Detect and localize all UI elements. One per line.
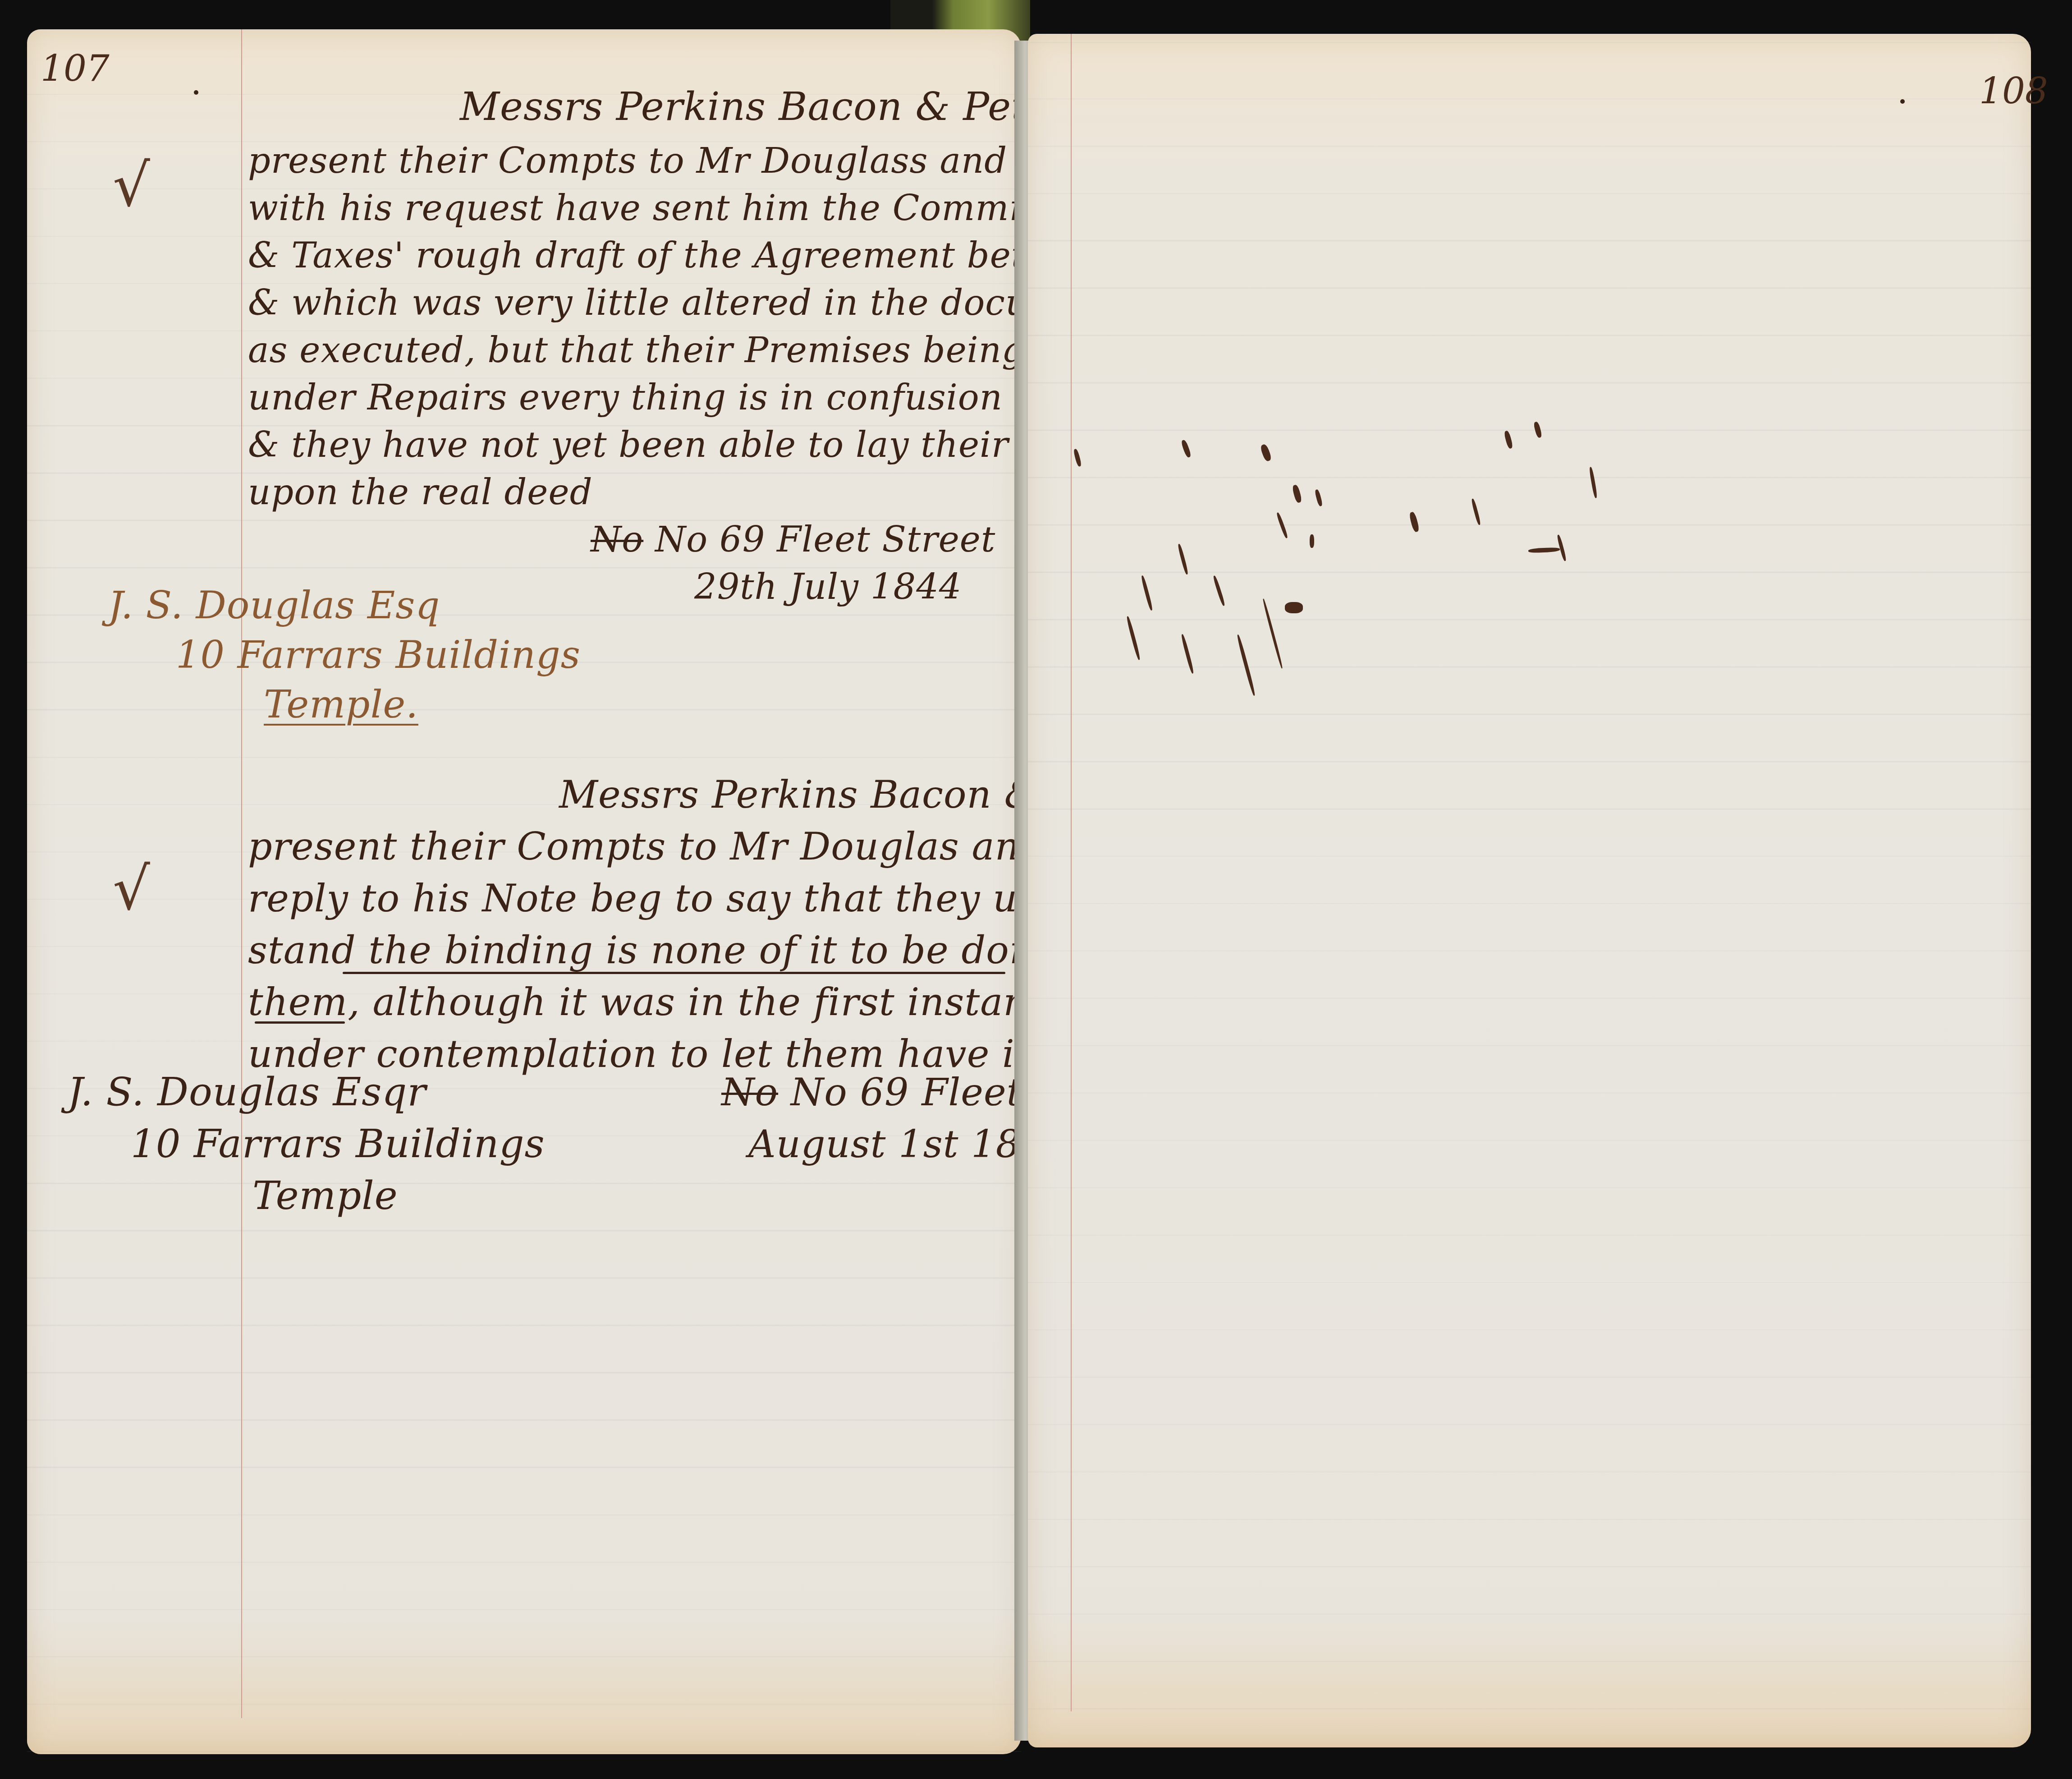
letter-body-line: & which was very little altered in the d…	[248, 280, 1121, 327]
recipient-address-line: 10 Farrars Buildings	[131, 1121, 545, 1168]
sender-address: No No 69 Fleet Street	[591, 516, 995, 564]
underline-stroke	[343, 972, 1005, 974]
letter-body-line: as executed, but that their Premises bei…	[248, 327, 1112, 374]
letter-body-line: stand the binding is none of it to be do…	[248, 927, 1116, 974]
letter-date: 29th July 1844	[694, 564, 962, 611]
ink-dot	[194, 90, 198, 95]
letter-body-line: under Repairs every thing is in confusio…	[248, 374, 1003, 422]
recipient-address-line: Temple.	[264, 681, 418, 728]
page-number: 107	[41, 47, 110, 89]
margin-rule	[1071, 34, 1072, 1711]
letter-body-line: upon the real deed	[248, 469, 593, 516]
recipient-address-line: 10 Farrars Buildings	[176, 631, 581, 679]
recipient-name: J. S. Douglas Esq	[108, 582, 440, 629]
page-number: 108	[1979, 70, 2048, 112]
underline-stroke	[255, 1021, 345, 1024]
letter-body-line: reply to his Note beg to say that they u…	[248, 875, 1109, 922]
struck-no: No	[721, 1070, 778, 1114]
left-page: 107 √ Messrs Perkins Bacon & Petch prese…	[27, 29, 1021, 1754]
recipient-name: J. S. Douglas Esqr	[68, 1069, 426, 1116]
letter-body-line: them, although it was in the first insta…	[248, 979, 1073, 1026]
struck-no: No	[591, 519, 643, 560]
show-through-text	[1082, 169, 1977, 1251]
letter-salutation: Messrs Perkins Bacon & Petch	[460, 83, 1075, 131]
check-mark-icon: √	[113, 151, 150, 220]
letter-body-line: present their Compts to Mr Douglas and i…	[248, 823, 1094, 870]
check-mark-icon: √	[113, 855, 150, 923]
right-page: 108	[1028, 34, 2031, 1747]
margin-rule	[241, 29, 242, 1718]
letter-body-line: & they have not yet been able to lay the…	[248, 422, 1111, 469]
ink-dot	[1900, 99, 1905, 104]
recipient-address-line: Temple	[252, 1172, 398, 1220]
